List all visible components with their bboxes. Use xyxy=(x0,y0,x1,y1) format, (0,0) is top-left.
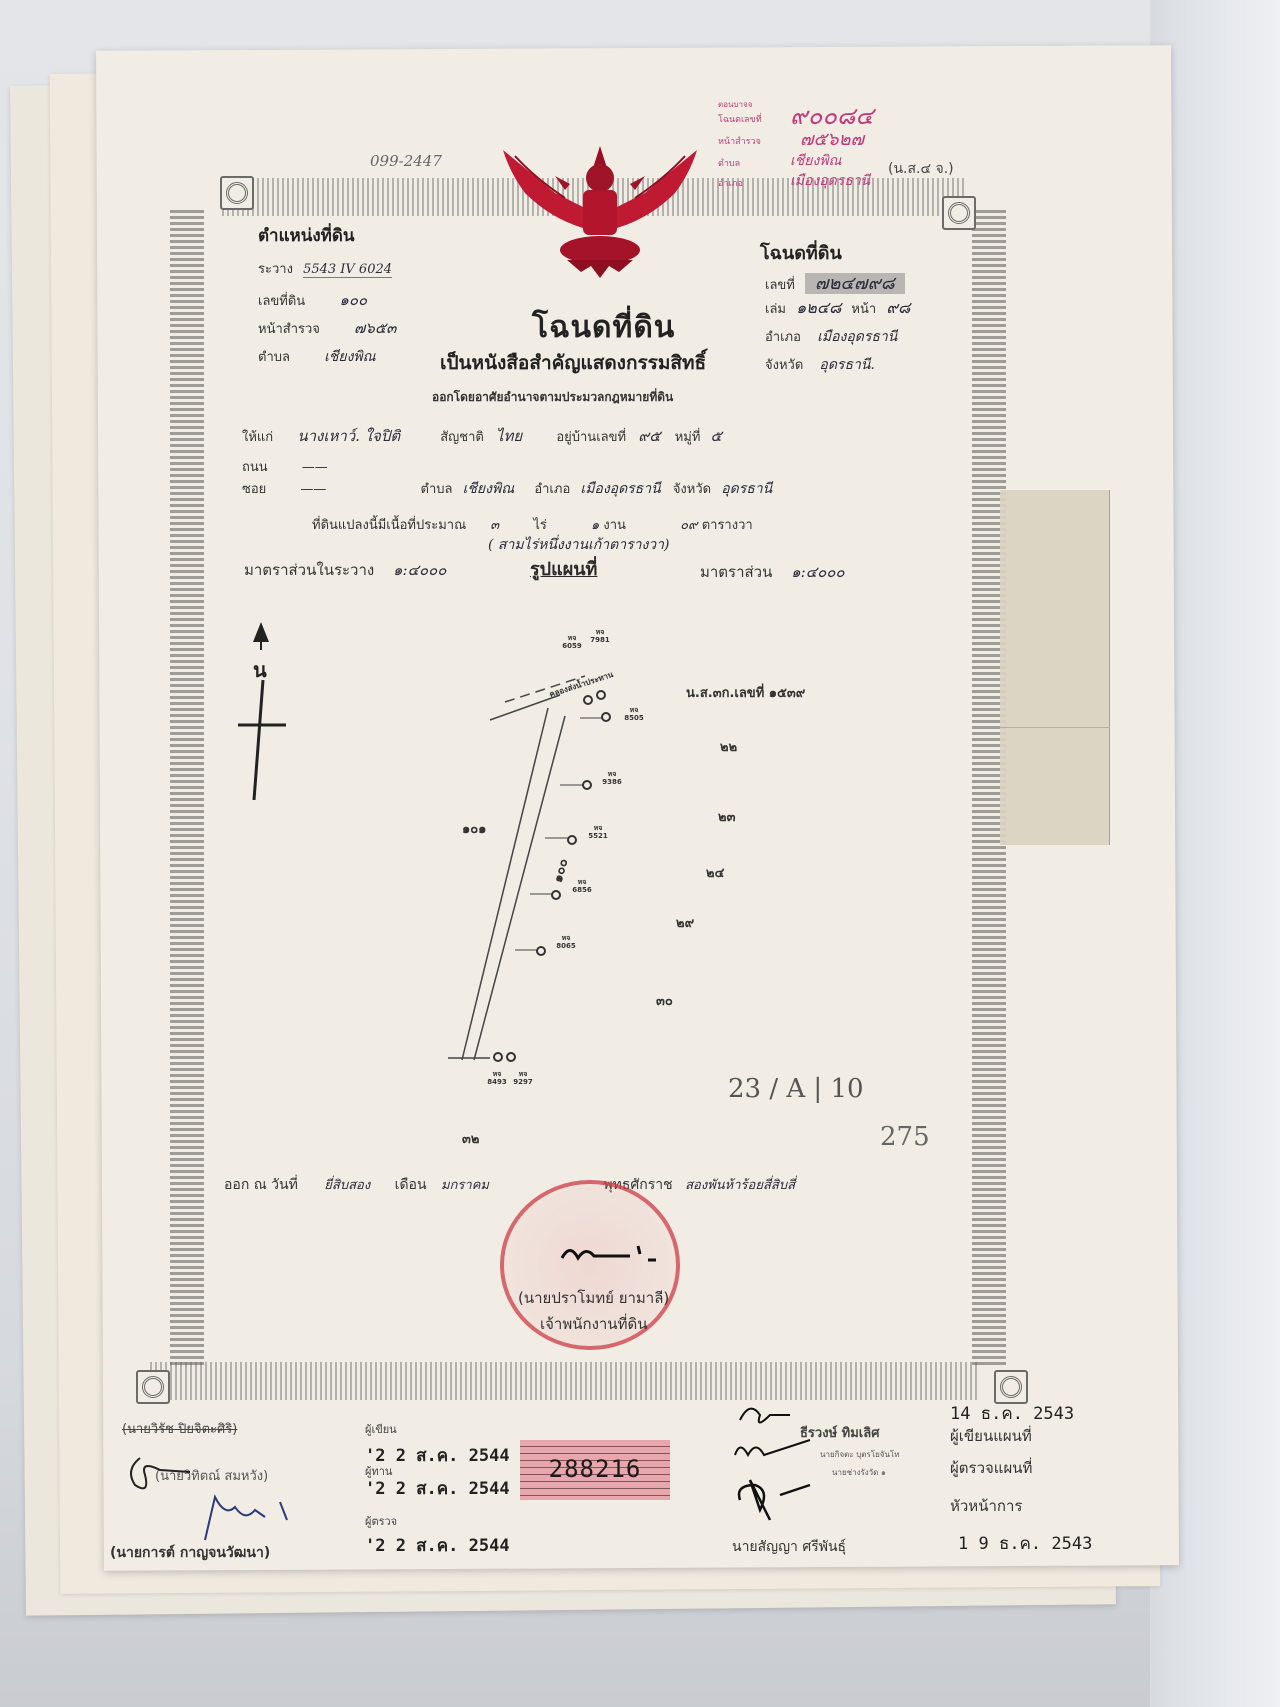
corner-ornament-icon xyxy=(942,196,976,230)
officer-title: เจ้าพนักงานที่ดิน xyxy=(540,1312,647,1336)
signature-scribble xyxy=(195,1492,305,1542)
map-sheet-row: ระวาง 5543 IV 6024 xyxy=(258,258,438,279)
owner-label: ให้แก่ xyxy=(242,430,273,445)
map-writer-role: ผู้เขียนแผนที่ xyxy=(950,1424,1032,1448)
survey-page-label: หน้าสำรวจ xyxy=(258,322,320,337)
owner-amphoe-value: เมืองอุดรธานี xyxy=(580,481,660,497)
scale-left-value: ๑:๔๐๐๐ xyxy=(393,561,446,579)
handwritten-note: 23 / A | 10 xyxy=(728,1074,864,1104)
house-no-value: ๙๕ xyxy=(638,427,660,445)
serial-number: 288216 xyxy=(520,1455,670,1483)
handwritten-note: 275 xyxy=(880,1122,930,1152)
north-arrow-icon xyxy=(236,620,286,800)
pink-stamp-label: หน้าสำรวจ xyxy=(718,134,761,148)
boundary-marker-icon xyxy=(596,690,606,700)
province-value: อุดรธานี. xyxy=(819,357,874,373)
house-no-label: อยู่บ้านเลขที่ xyxy=(556,430,626,445)
province-row: จังหวัด อุดรธานี. xyxy=(765,354,875,376)
inspector-name: (นายการต์ กาญจนวัฒนา) xyxy=(110,1542,270,1564)
owner-province-value: อุดรธานี xyxy=(721,481,772,497)
pink-stamp-label: โฉนดเลขที่ xyxy=(718,112,762,126)
amphoe-row: อำเภอ เมืองอุดรธานี xyxy=(765,326,897,348)
tape-patch xyxy=(1000,490,1110,845)
issue-month-label: เดือน xyxy=(395,1177,427,1193)
nationality-value: ไทย xyxy=(496,427,522,445)
owner-tambon-label: ตำบล xyxy=(421,482,453,497)
issue-day: ยี่สิบสอง xyxy=(324,1178,370,1193)
map-writer-date: 14 ธ.ค. 2543 xyxy=(950,1400,1074,1427)
boundary-marker-icon xyxy=(551,890,561,900)
pink-stamp-amphoe: เมืองอุดรธานี xyxy=(790,170,870,192)
land-no-value: ๑๐๐ xyxy=(339,291,367,309)
area-rai-value: ๓ xyxy=(490,518,499,533)
signature-scribble xyxy=(120,1450,200,1500)
parcel-number-east: ๒๓ xyxy=(718,806,735,827)
scale-right-value: ๑:๔๐๐๐ xyxy=(791,563,844,581)
owner-tambon-value: เชียงพิณ xyxy=(463,481,515,497)
tambon-value: เชียงพิณ xyxy=(324,349,376,365)
boundary-marker-icon xyxy=(601,712,611,722)
marker-label: หจ 5521 xyxy=(584,824,612,840)
pink-stamp-label: ตำบล xyxy=(718,156,740,170)
page-label: หน้า xyxy=(851,302,876,317)
deed-number-label: เลขที่ xyxy=(765,278,795,293)
inspector-date: '2 2 ส.ค. 2544 xyxy=(365,1532,510,1559)
marker-label: หจ 8493 xyxy=(484,1070,510,1086)
survey-page-value: ๗๖๕๓ xyxy=(354,319,396,337)
soi-value: —— xyxy=(300,482,326,497)
area-wa-value: ๐๙ xyxy=(680,518,697,533)
corner-ornament-icon xyxy=(994,1370,1028,1404)
province-label: จังหวัด xyxy=(765,358,803,373)
book-label: เล่ม xyxy=(765,302,786,317)
nationality-label: สัญชาติ xyxy=(440,430,484,445)
deed-heading-right: โฉนดที่ดิน xyxy=(760,238,842,267)
chief-role: หัวหน้าการ xyxy=(950,1494,1022,1518)
marker-label: หจ 6059 xyxy=(558,634,586,650)
scale-right: มาตราส่วน ๑:๔๐๐๐ xyxy=(700,560,845,584)
parcel-number-east: ๒๒ xyxy=(720,736,737,757)
form-code: (น.ส.๔ จ.) xyxy=(888,158,954,180)
pink-stamp-survey-no: ๗๕๖๒๗ xyxy=(800,124,864,153)
map-checker-title: นายช่างรังวัด ๑ xyxy=(832,1466,886,1479)
soi-label: ซอย xyxy=(242,482,266,497)
tape-seam xyxy=(1000,727,1110,728)
corner-ornament-icon xyxy=(220,176,254,210)
parcel-number-east: ๒๔ xyxy=(706,862,724,883)
tambon-row: ตำบล เชียงพิณ xyxy=(258,346,376,368)
owner-name: นางเหาว์. ใจปิติ xyxy=(297,427,400,445)
deed-title: โฉนดที่ดิน xyxy=(532,304,675,351)
border-pattern-bottom xyxy=(150,1362,980,1400)
corner-ornament-icon xyxy=(136,1370,170,1404)
deed-subtitle: เป็นหนังสือสำคัญแสดงกรรมสิทธิ์ xyxy=(440,348,706,378)
parcel-number-west: ๑๐๑ xyxy=(462,818,486,839)
scale-left-label: มาตราส่วนในระวาง xyxy=(244,561,374,579)
boundary-marker-icon xyxy=(493,1052,503,1062)
chief-date: 1 9 ธ.ค. 2543 xyxy=(958,1530,1092,1557)
survey-page-row: หน้าสำรวจ ๗๖๕๓ xyxy=(258,316,396,340)
boundary-marker-icon xyxy=(536,946,546,956)
checker-date: '2 2 ส.ค. 2544 xyxy=(365,1475,510,1502)
road-value: —— xyxy=(302,460,328,475)
tambon-label: ตำบล xyxy=(258,350,290,365)
officer-signature xyxy=(560,1238,660,1268)
issue-month: มกราคม xyxy=(441,1178,489,1193)
boundary-marker-icon xyxy=(506,1052,516,1062)
pink-stamp-label: อำเภอ xyxy=(718,176,743,190)
moo-value: ๕ xyxy=(711,427,722,445)
soi-row: ซอย —— ตำบล เชียงพิณ อำเภอ เมืองอุดรธานี… xyxy=(242,478,942,500)
marker-label: หจ 8065 xyxy=(552,934,580,950)
chief-name: นายสัญญา ศรีพันธุ์ xyxy=(732,1536,846,1558)
inspector-role: ผู้ตรวจ xyxy=(365,1512,397,1530)
land-location-heading: ตำแหน่งที่ดิน xyxy=(258,222,355,249)
moo-label: หมู่ที่ xyxy=(675,430,701,445)
parcel-map-drawing xyxy=(440,640,640,1080)
land-no-label: เลขที่ดิน xyxy=(258,294,305,309)
map-sheet-value: 5543 IV 6024 xyxy=(303,262,392,278)
marker-label: หจ 7981 xyxy=(586,628,614,644)
marker-label: หจ 9297 xyxy=(510,1070,536,1086)
issue-label: ออก ณ วันที่ xyxy=(224,1177,298,1193)
pink-stamp-label: ตอนบาจจ xyxy=(718,98,752,111)
writer-name: (นายวิรัช ปิยจิตะศิริ) xyxy=(122,1418,237,1439)
owner-amphoe-label: อำเภอ xyxy=(534,482,570,497)
owner-province-label: จังหวัด xyxy=(673,482,711,497)
north-label: น xyxy=(253,654,267,686)
map-checker-role: ผู้ตรวจแผนที่ xyxy=(950,1456,1032,1480)
owner-row: ให้แก่ นางเหาว์. ใจปิติ สัญชาติ ไทย อยู่… xyxy=(242,424,942,448)
parcel-number-south: ๓๒ xyxy=(462,1128,479,1149)
scale-left: มาตราส่วนในระวาง ๑:๔๐๐๐ xyxy=(244,558,446,582)
adjacent-ref-label: น.ส.๓ก.เลขที่ ๑๕๓๙ xyxy=(686,682,805,703)
area-in-words: ( สามไร่หนึ่งงานเก้าตารางวา) xyxy=(488,534,670,556)
border-pattern-left xyxy=(170,210,204,1365)
deed-number-row: เลขที่ ๗๒๔๗๙๘ xyxy=(765,268,905,297)
garuda-emblem-icon xyxy=(495,138,705,286)
area-wa-label: ตารางวา xyxy=(702,518,753,533)
handwritten-phone-note: 099-2447 xyxy=(370,152,442,170)
parcel-number-east: ๒๙ xyxy=(676,912,694,933)
road-label: ถนน xyxy=(242,460,268,475)
area-row: ที่ดินแปลงนี้มีเนื้อที่ประมาณ ๓ ไร่ ๑ งา… xyxy=(312,514,872,535)
signature-scribble xyxy=(730,1400,840,1530)
boundary-marker-icon xyxy=(583,695,593,705)
area-rai-label: ไร่ xyxy=(533,518,547,533)
deed-authority-line: ออกโดยอาศัยอำนาจตามประมวลกฎหมายที่ดิน xyxy=(432,388,673,407)
deed-number-value: ๗๒๔๗๙๘ xyxy=(805,273,905,294)
marker-label: หจ 9386 xyxy=(598,770,626,786)
boundary-marker-icon xyxy=(567,835,577,845)
land-no-row: เลขที่ดิน ๑๐๐ xyxy=(258,288,367,312)
map-sheet-label: ระวาง xyxy=(258,262,293,277)
marker-label: หจ 8505 xyxy=(620,706,648,722)
officer-name: (นายปราโมทย์ ยามาลี) xyxy=(518,1286,669,1310)
road-row: ถนน —— xyxy=(242,456,328,477)
area-ngan-label: งาน xyxy=(603,518,626,533)
area-ngan-value: ๑ xyxy=(591,518,599,533)
marker-label: หจ 6856 xyxy=(568,878,596,894)
map-title: รูปแผนที่ xyxy=(530,554,597,583)
boundary-marker-icon xyxy=(582,780,592,790)
issue-year: สองพันห้าร้อยสี่สิบสี่ xyxy=(685,1178,795,1193)
writer-role: ผู้เขียน xyxy=(365,1420,397,1438)
amphoe-value: เมืองอุดรธานี xyxy=(817,329,897,345)
pink-stamp-tambon: เชียงพิณ xyxy=(790,150,842,172)
parcel-number-east: ๓๐ xyxy=(656,990,673,1011)
amphoe-label: อำเภอ xyxy=(765,330,801,345)
book-value: ๑๒๔๘ xyxy=(796,298,841,317)
page-value: ๙๘ xyxy=(886,298,910,317)
area-label: ที่ดินแปลงนี้มีเนื้อที่ประมาณ xyxy=(312,518,466,533)
scale-right-label: มาตราส่วน xyxy=(700,563,772,581)
book-page-row: เล่ม ๑๒๔๘ หน้า ๙๘ xyxy=(765,296,910,321)
